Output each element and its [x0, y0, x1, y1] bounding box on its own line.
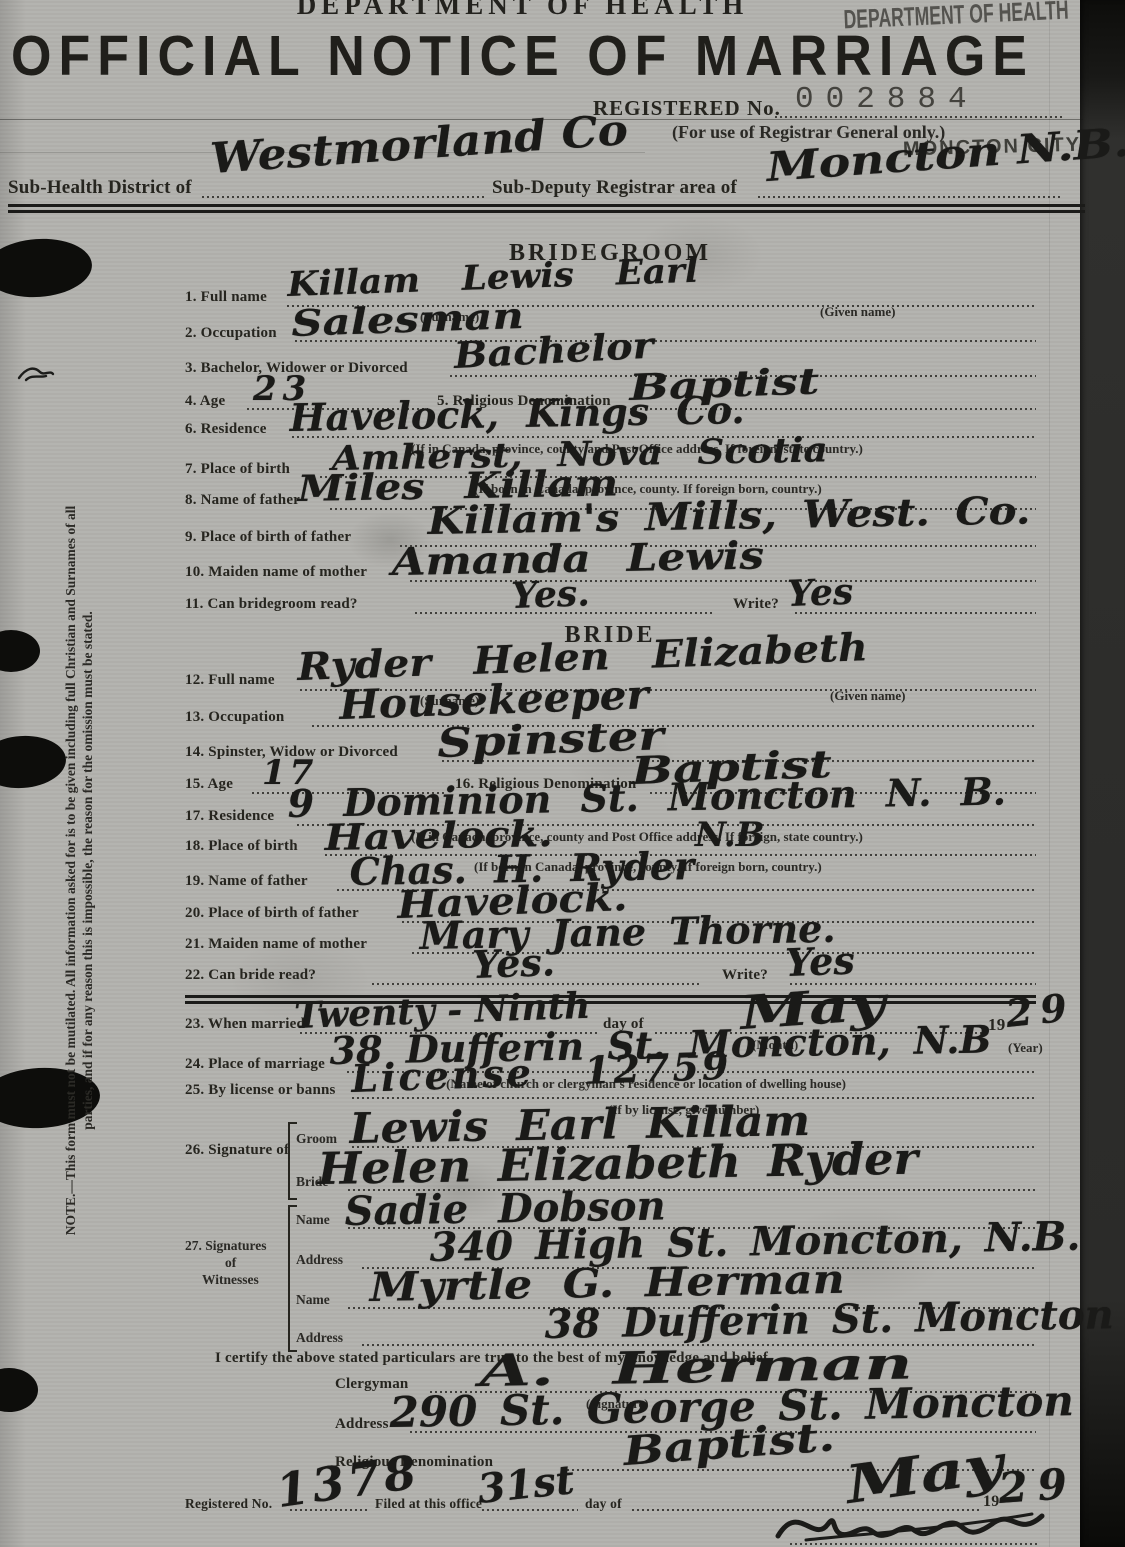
- registrar-signature: [770, 1488, 1050, 1547]
- bride-residence-label: 17. Residence: [185, 808, 274, 825]
- double-rule: [8, 210, 1085, 213]
- given-name-note: (Given name): [820, 304, 895, 320]
- footer-day-of-label: day of: [585, 1496, 622, 1512]
- side-note-line2: parties, and if for any reason this is i…: [79, 423, 96, 1318]
- bride-write-label: Write?: [722, 967, 768, 984]
- signature-brace: [288, 1122, 290, 1200]
- groom-mother-label: 10. Maiden name of mother: [185, 564, 367, 581]
- witnesses-label-3: Witnesses: [202, 1272, 259, 1288]
- when-married-label: 23. When married: [185, 1016, 305, 1033]
- dotted-line: [758, 196, 1062, 198]
- witnesses-label-1: 27. Signatures: [185, 1238, 267, 1254]
- groom-status-value: Bachelor: [453, 328, 654, 374]
- bride-birthplace-province: N.B: [695, 818, 764, 852]
- license-label: 25. By license or banns: [185, 1082, 336, 1099]
- registered-no-value: 002884: [795, 82, 979, 117]
- groom-occupation-label: 2. Occupation: [185, 325, 277, 342]
- groom-write-value: Yes: [787, 574, 854, 612]
- bride-fullname-label: 12. Full name: [185, 672, 275, 689]
- side-note-line1: NOTE.—This form must not be mutilated. A…: [62, 423, 79, 1318]
- witness2-address-label: Address: [296, 1330, 343, 1346]
- witnesses-brace: [288, 1205, 290, 1352]
- dotted-line: [202, 196, 487, 198]
- groom-fullname-label: 1. Full name: [185, 289, 267, 306]
- witnesses-label-2: of: [225, 1255, 236, 1271]
- sub-deputy-registrar-label: Sub-Deputy Registrar area of: [492, 177, 737, 199]
- signature-of-label: 26. Signature of: [185, 1142, 289, 1159]
- witness2-name-label: Name: [296, 1292, 330, 1308]
- groom-age-label: 4. Age: [185, 393, 225, 410]
- year-note: (Year): [1008, 1040, 1043, 1056]
- punch-hole: [0, 235, 94, 300]
- groom-residence-label: 6. Residence: [185, 421, 267, 438]
- groom-father-birthplace-label: 9. Place of birth of father: [185, 529, 351, 546]
- ink-blot: [16, 360, 56, 386]
- page-title: OFFICIAL NOTICE OF MARRIAGE: [0, 24, 1045, 89]
- marriage-notice-document: DEPARTMENT OF HEALTH DEPARTMENT OF HEALT…: [0, 0, 1125, 1547]
- footer-registered-label: Registered No.: [185, 1496, 272, 1512]
- filed-label: Filed at this office: [375, 1496, 482, 1512]
- groom-write-label: Write?: [733, 596, 779, 613]
- bride-birthplace-label: 18. Place of birth: [185, 838, 298, 855]
- bride-write-value: Yes: [785, 942, 856, 982]
- bride-occupation-label: 13. Occupation: [185, 709, 284, 726]
- witness1-address-label: Address: [296, 1252, 343, 1268]
- place-of-marriage-label: 24. Place of marriage: [185, 1056, 325, 1073]
- bride-age-label: 15. Age: [185, 776, 233, 793]
- groom-read-value: Yes.: [511, 575, 590, 614]
- bride-mother-label: 21. Maiden name of mother: [185, 936, 367, 953]
- double-rule: [8, 204, 1085, 207]
- groom-birthplace-label: 7. Place of birth: [185, 461, 290, 478]
- groom-father-label: 8. Name of father: [185, 492, 300, 509]
- witness2-address: 38 Dufferin St. Moncton: [544, 1295, 1114, 1345]
- clergy-religion-value: Baptist.: [622, 1417, 836, 1472]
- groom-residence-value: Havelock, Kings Co.: [289, 391, 745, 437]
- bride-father-birthplace-label: 20. Place of birth of father: [185, 905, 359, 922]
- witness1-name-label: Name: [296, 1212, 330, 1228]
- clergyman-address-label: Address: [335, 1416, 389, 1433]
- punch-hole: [0, 1368, 38, 1412]
- sub-health-district-label: Sub-Health District of: [8, 177, 192, 199]
- punch-hole: [0, 733, 68, 791]
- bride-read-value: Yes.: [472, 943, 556, 984]
- bride-read-label: 22. Can bride read?: [185, 967, 316, 984]
- given-name-note: (Given name): [830, 688, 905, 704]
- filed-value: 31st: [476, 1460, 576, 1510]
- dotted-line: [775, 116, 1062, 118]
- bride-father-label: 19. Name of father: [185, 873, 308, 890]
- year-value: 29: [1004, 988, 1076, 1033]
- punch-hole: [0, 630, 40, 672]
- groom-read-label: 11. Can bridegroom read?: [185, 596, 358, 613]
- side-note: NOTE.—This form must not be mutilated. A…: [62, 423, 96, 1318]
- dotted-line: [790, 1543, 1040, 1545]
